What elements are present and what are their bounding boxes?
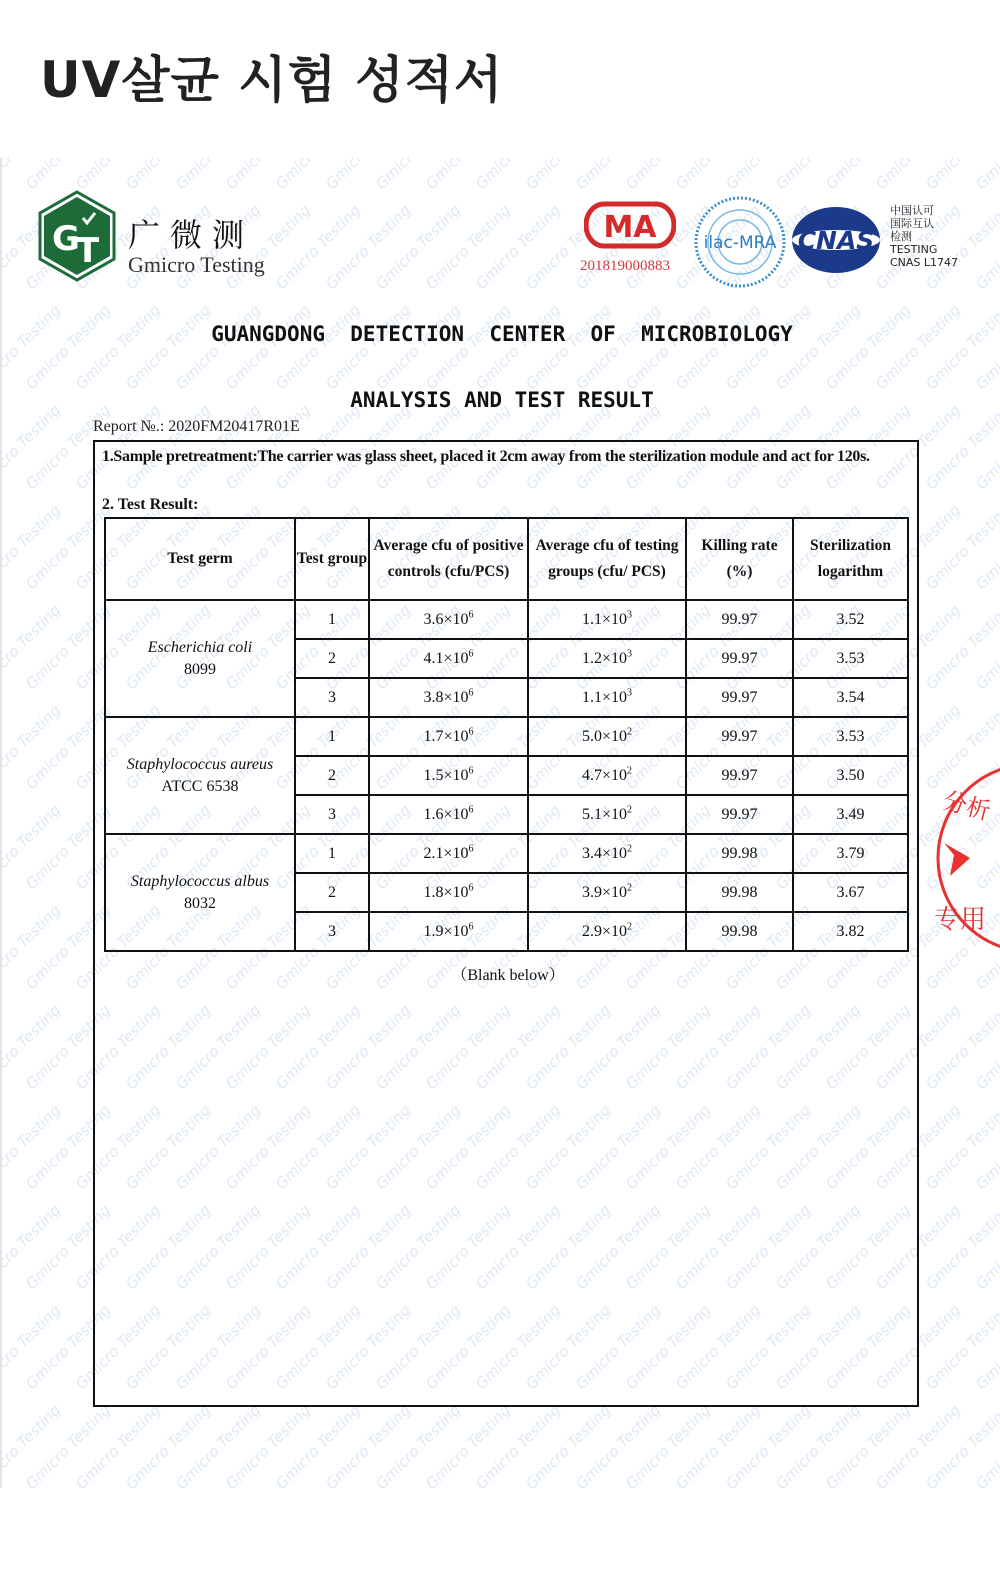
header-killing-rate: Killing rate (%)	[686, 518, 793, 600]
group-number: 3	[328, 806, 336, 823]
watermark-text: Gmicro Testing	[722, 1401, 814, 1488]
watermark-text: Gmicro Testing	[122, 1401, 214, 1488]
watermark-text: Gmicro Testing	[922, 401, 1000, 493]
positive-control-value: 2.1×106	[423, 845, 473, 862]
watermark-text: Gmicro Testing	[422, 301, 514, 393]
killing-rate-value: 99.97	[722, 689, 758, 706]
table-cell: 2.1×106	[369, 834, 528, 873]
svg-text:分析: 分析	[940, 786, 994, 825]
watermark-text: Gmicro Testing	[772, 158, 864, 193]
sterilization-log-value: 3.53	[837, 728, 865, 745]
header-test-germ: Test germ	[105, 518, 295, 600]
watermark-text: Gmicro Testing	[922, 1101, 1000, 1193]
watermark-text: Gmicro Testing	[2, 1001, 64, 1093]
germ-strain: 8099	[106, 661, 294, 679]
watermark-text: Gmicro Testing	[322, 158, 414, 193]
watermark-text: Gmicro Testing	[972, 1101, 1000, 1193]
killing-rate-value: 99.97	[722, 611, 758, 628]
watermark-text: Gmicro Testing	[572, 1401, 664, 1488]
watermark-text: Gmicro Testing	[872, 301, 964, 393]
sterilization-log-value: 3.52	[837, 611, 865, 628]
watermark-text: Gmicro Testing	[422, 1401, 514, 1488]
watermark-text: Gmicro Testing	[922, 1001, 1000, 1093]
watermark-text: Gmicro Testing	[72, 1401, 164, 1488]
positive-control-value: 1.6×106	[423, 806, 473, 823]
watermark-text: Gmicro Testing	[722, 158, 814, 193]
germ-strain: ATCC 6538	[106, 778, 294, 796]
watermark-text: Gmicro Testing	[272, 201, 364, 293]
table-cell: 99.98	[686, 912, 793, 951]
watermark-text: Gmicro Testing	[2, 158, 64, 193]
watermark-text: Gmicro Testing	[22, 301, 114, 393]
table-cell: 99.97	[686, 600, 793, 639]
table-cell: 1	[295, 834, 369, 873]
watermark-text: Gmicro Testing	[2, 501, 64, 593]
watermark-text: Gmicro Testing	[972, 1301, 1000, 1393]
watermark-text: Gmicro Testing	[472, 158, 564, 193]
table-row: Staphylococcus aureusATCC 653811.7×1065.…	[105, 717, 908, 756]
gmicro-logo-icon: G T	[38, 190, 116, 282]
watermark-text: Gmicro Testing	[2, 1401, 64, 1488]
test-germ-cell: Escherichia coli8099	[105, 600, 295, 717]
watermark-text: Gmicro Testing	[972, 301, 1000, 393]
table-cell: 99.97	[686, 756, 793, 795]
table-cell: 3	[295, 795, 369, 834]
germ-name: Staphylococcus aureus	[106, 756, 294, 774]
table-cell: 3.9×102	[528, 873, 686, 912]
table-cell: 99.97	[686, 717, 793, 756]
watermark-text: Gmicro Testing	[972, 501, 1000, 593]
table-cell: 99.97	[686, 795, 793, 834]
positive-control-value: 4.1×106	[423, 650, 473, 667]
blank-below-note: （Blank below）	[95, 962, 921, 985]
watermark-text: Gmicro Testing	[372, 201, 464, 293]
watermark-text: Gmicro Testing	[822, 158, 914, 193]
table-cell: 1.1×103	[528, 678, 686, 717]
table-cell: 2	[295, 756, 369, 795]
group-number: 3	[328, 923, 336, 940]
table-cell: 1.6×106	[369, 795, 528, 834]
killing-rate-value: 99.98	[722, 884, 758, 901]
positive-control-value: 3.8×106	[423, 689, 473, 706]
table-row: Escherichia coli809913.6×1061.1×10399.97…	[105, 600, 908, 639]
table-cell: 1.1×103	[528, 600, 686, 639]
table-cell: 3.8×106	[369, 678, 528, 717]
watermark-text: Gmicro Testing	[572, 158, 664, 193]
sterilization-log-value: 3.54	[837, 689, 865, 706]
watermark-text: Gmicro Testing	[772, 1401, 864, 1488]
watermark-text: Gmicro Testing	[272, 301, 364, 393]
table-cell: 3.82	[793, 912, 908, 951]
table-cell: 1.9×106	[369, 912, 528, 951]
testing-group-value: 2.9×102	[582, 923, 632, 940]
doc-title: ANALYSIS AND TEST RESULT	[2, 388, 1000, 412]
table-cell: 1.8×106	[369, 873, 528, 912]
table-cell: 2	[295, 873, 369, 912]
watermark-text: Gmicro Testing	[922, 158, 1000, 193]
table-cell: 3	[295, 678, 369, 717]
watermark-text: Gmicro Testing	[422, 201, 514, 293]
watermark-text: Gmicro Testing	[122, 301, 214, 393]
watermark-text: Gmicro Testing	[172, 158, 264, 193]
watermark-text: Gmicro Testing	[922, 501, 1000, 593]
testing-group-value: 5.1×102	[582, 806, 632, 823]
watermark-text: Gmicro Testing	[622, 301, 714, 393]
watermark-text: Gmicro Testing	[472, 301, 564, 393]
svg-text:专用: 专用	[934, 905, 986, 935]
watermark-text: Gmicro Testing	[822, 301, 914, 393]
report-frame: 1.Sample pretreatment:The carrier was gl…	[93, 440, 919, 1407]
table-cell: 3.53	[793, 639, 908, 678]
group-number: 2	[328, 650, 336, 667]
watermark-text: Gmicro Testing	[2, 1301, 64, 1393]
table-cell: 1	[295, 717, 369, 756]
header-sterilization-log: Sterilization logarithm	[793, 518, 908, 600]
cnas-logo-icon: CNAS	[790, 204, 882, 276]
logo-cn-name: 广微测	[128, 210, 254, 256]
watermark-text: Gmicro Testing	[272, 1401, 364, 1488]
table-cell: 2	[295, 639, 369, 678]
watermark-text: Gmicro Testing	[222, 1401, 314, 1488]
positive-control-value: 1.5×106	[423, 767, 473, 784]
group-number: 2	[328, 767, 336, 784]
sterilization-log-value: 3.53	[837, 650, 865, 667]
page-title: UV살균 시험 성적서	[40, 40, 503, 112]
watermark-text: Gmicro Testing	[622, 1401, 714, 1488]
table-cell: 1.7×106	[369, 717, 528, 756]
table-cell: 3.6×106	[369, 600, 528, 639]
watermark-text: Gmicro Testing	[72, 158, 164, 193]
test-germ-cell: Staphylococcus aureusATCC 6538	[105, 717, 295, 834]
group-number: 2	[328, 884, 336, 901]
killing-rate-value: 99.98	[722, 923, 758, 940]
official-stamp-icon: 分析 专用	[932, 758, 1000, 958]
germ-strain: 8032	[106, 895, 294, 913]
watermark-text: Gmicro Testing	[972, 601, 1000, 693]
testing-group-value: 1.1×103	[582, 611, 632, 628]
watermark-text: Gmicro Testing	[322, 301, 414, 393]
watermark-text: Gmicro Testing	[122, 158, 214, 193]
table-cell: 3.54	[793, 678, 908, 717]
watermark-text: Gmicro Testing	[272, 158, 364, 193]
watermark-text: Gmicro Testing	[472, 1401, 564, 1488]
watermark-text: Gmicro Testing	[372, 158, 464, 193]
watermark-text: Gmicro Testing	[722, 301, 814, 393]
testing-group-value: 1.1×103	[582, 689, 632, 706]
svg-text:T: T	[76, 231, 100, 271]
watermark-text: Gmicro Testing	[72, 301, 164, 393]
watermark-text: Gmicro Testing	[572, 301, 664, 393]
sterilization-log-value: 3.49	[837, 806, 865, 823]
positive-control-value: 1.7×106	[423, 728, 473, 745]
watermark-text: Gmicro Testing	[972, 158, 1000, 193]
positive-control-value: 3.6×106	[423, 611, 473, 628]
table-cell: 1	[295, 600, 369, 639]
testing-group-value: 4.7×102	[582, 767, 632, 784]
cnas-line: TESTING	[890, 243, 958, 256]
watermark-text: Gmicro Testing	[322, 201, 414, 293]
table-cell: 1.5×106	[369, 756, 528, 795]
killing-rate-value: 99.98	[722, 845, 758, 862]
cma-logo-icon: MA	[584, 200, 676, 250]
table-cell: 99.97	[686, 678, 793, 717]
watermark-text: Gmicro Testing	[472, 201, 564, 293]
watermark-text: Gmicro Testing	[672, 1401, 764, 1488]
watermark-text: Gmicro Testing	[2, 1101, 64, 1193]
watermark-text: Gmicro Testing	[222, 301, 314, 393]
svg-text:MA: MA	[603, 210, 657, 245]
watermark-text: Gmicro Testing	[872, 1401, 964, 1488]
watermark-text: Gmicro Testing	[972, 1401, 1000, 1488]
table-cell: 4.7×102	[528, 756, 686, 795]
table-cell: 3.67	[793, 873, 908, 912]
org-title: GUANGDONG DETECTION CENTER OF MICROBIOLO…	[2, 322, 1000, 346]
table-cell: 99.97	[686, 639, 793, 678]
testing-group-value: 5.0×102	[582, 728, 632, 745]
watermark-text: Gmicro Testing	[972, 1001, 1000, 1093]
watermark-text: Gmicro Testing	[2, 301, 64, 393]
cnas-line: 国际互认	[890, 217, 958, 230]
table-cell: 99.98	[686, 834, 793, 873]
watermark-text: Gmicro Testing	[922, 601, 1000, 693]
test-result-table: Test germ Test group Average cfu of posi…	[104, 517, 909, 952]
watermark-text: Gmicro Testing	[172, 1401, 264, 1488]
watermark-text: Gmicro Testing	[772, 301, 864, 393]
sterilization-log-value: 3.67	[837, 884, 865, 901]
watermark-text: Gmicro Testing	[2, 801, 64, 893]
killing-rate-value: 99.97	[722, 767, 758, 784]
germ-name: Escherichia coli	[106, 639, 294, 657]
watermark-text: Gmicro Testing	[372, 1401, 464, 1488]
table-row: Staphylococcus albus803212.1×1063.4×1029…	[105, 834, 908, 873]
watermark-text: Gmicro Testing	[522, 158, 614, 193]
killing-rate-value: 99.97	[722, 806, 758, 823]
header-test-group: Test group	[295, 518, 369, 600]
table-cell: 3.49	[793, 795, 908, 834]
watermark-text: Gmicro Testing	[922, 1401, 1000, 1488]
report-number: Report №.: 2020FM20417R01E	[93, 418, 300, 436]
testing-group-value: 1.2×103	[582, 650, 632, 667]
cnas-line: CNAS L1747	[890, 256, 958, 269]
watermark-text: Gmicro Testing	[322, 1401, 414, 1488]
sample-pretreatment: 1.Sample pretreatment:The carrier was gl…	[102, 444, 902, 469]
table-cell: 5.1×102	[528, 795, 686, 834]
watermark-text: Gmicro Testing	[2, 1201, 64, 1293]
sterilization-log-value: 3.82	[837, 923, 865, 940]
watermark-text: Gmicro Testing	[2, 901, 64, 993]
positive-control-value: 1.8×106	[423, 884, 473, 901]
svg-text:CNAS: CNAS	[798, 226, 875, 255]
group-number: 3	[328, 689, 336, 706]
killing-rate-value: 99.97	[722, 728, 758, 745]
header-positive-controls: Average cfu of positive controls (cfu/PC…	[369, 518, 528, 600]
table-cell: 1.2×103	[528, 639, 686, 678]
watermark-text: Gmicro Testing	[2, 601, 64, 693]
table-cell: 3.4×102	[528, 834, 686, 873]
watermark-text: Gmicro Testing	[2, 401, 64, 493]
group-number: 1	[328, 728, 336, 745]
watermark-text: Gmicro Testing	[422, 158, 514, 193]
testing-group-value: 3.9×102	[582, 884, 632, 901]
watermark-text: Gmicro Testing	[922, 301, 1000, 393]
watermark-text: Gmicro Testing	[872, 158, 964, 193]
watermark-text: Gmicro Testing	[822, 1401, 914, 1488]
table-cell: 3.52	[793, 600, 908, 639]
table-cell: 3.53	[793, 717, 908, 756]
sterilization-log-value: 3.50	[837, 767, 865, 784]
group-number: 1	[328, 611, 336, 628]
table-cell: 3.50	[793, 756, 908, 795]
watermark-text: Gmicro Testing	[172, 301, 264, 393]
watermark-text: Gmicro Testing	[672, 301, 764, 393]
header-testing-groups: Average cfu of testing groups (cfu/ PCS)	[528, 518, 686, 600]
watermark-text: Gmicro Testing	[972, 401, 1000, 493]
watermark-text: Gmicro Testing	[522, 1401, 614, 1488]
table-cell: 4.1×106	[369, 639, 528, 678]
watermark-text: Gmicro Testing	[522, 301, 614, 393]
test-report-document: Gmicro TestingGmicro TestingGmicro Testi…	[0, 158, 1000, 1488]
testing-group-value: 3.4×102	[582, 845, 632, 862]
cnas-line: 中国认可	[890, 204, 958, 217]
svg-text:ilac-MRA: ilac-MRA	[704, 233, 777, 253]
watermark-text: Gmicro Testing	[622, 158, 714, 193]
killing-rate-value: 99.97	[722, 650, 758, 667]
table-cell: 3.79	[793, 834, 908, 873]
table-header-row: Test germ Test group Average cfu of posi…	[105, 518, 908, 600]
positive-control-value: 1.9×106	[423, 923, 473, 940]
table-cell: 3	[295, 912, 369, 951]
watermark-text: Gmicro Testing	[972, 1201, 1000, 1293]
table-cell: 99.98	[686, 873, 793, 912]
watermark-text: Gmicro Testing	[922, 1301, 1000, 1393]
cnas-accreditation-text: 中国认可 国际互认 检测 TESTING CNAS L1747	[890, 204, 958, 269]
watermark-text: Gmicro Testing	[2, 701, 64, 793]
ilac-mra-logo-icon: ilac-MRA	[692, 194, 788, 290]
germ-name: Staphylococcus albus	[106, 873, 294, 891]
group-number: 1	[328, 845, 336, 862]
watermark-text: Gmicro Testing	[222, 158, 314, 193]
cma-number: 201819000883	[580, 258, 670, 275]
sterilization-log-value: 3.79	[837, 845, 865, 862]
table-cell: 5.0×102	[528, 717, 686, 756]
watermark-text: Gmicro Testing	[972, 201, 1000, 293]
test-result-label: 2. Test Result:	[102, 496, 198, 514]
watermark-text: Gmicro Testing	[22, 158, 114, 193]
watermark-text: Gmicro Testing	[372, 301, 464, 393]
logo-en-name: Gmicro Testing	[128, 252, 265, 278]
test-germ-cell: Staphylococcus albus8032	[105, 834, 295, 951]
watermark-text: Gmicro Testing	[922, 1201, 1000, 1293]
table-cell: 2.9×102	[528, 912, 686, 951]
watermark-text: Gmicro Testing	[672, 158, 764, 193]
cnas-line: 检测	[890, 230, 958, 243]
watermark-text: Gmicro Testing	[22, 1401, 114, 1488]
